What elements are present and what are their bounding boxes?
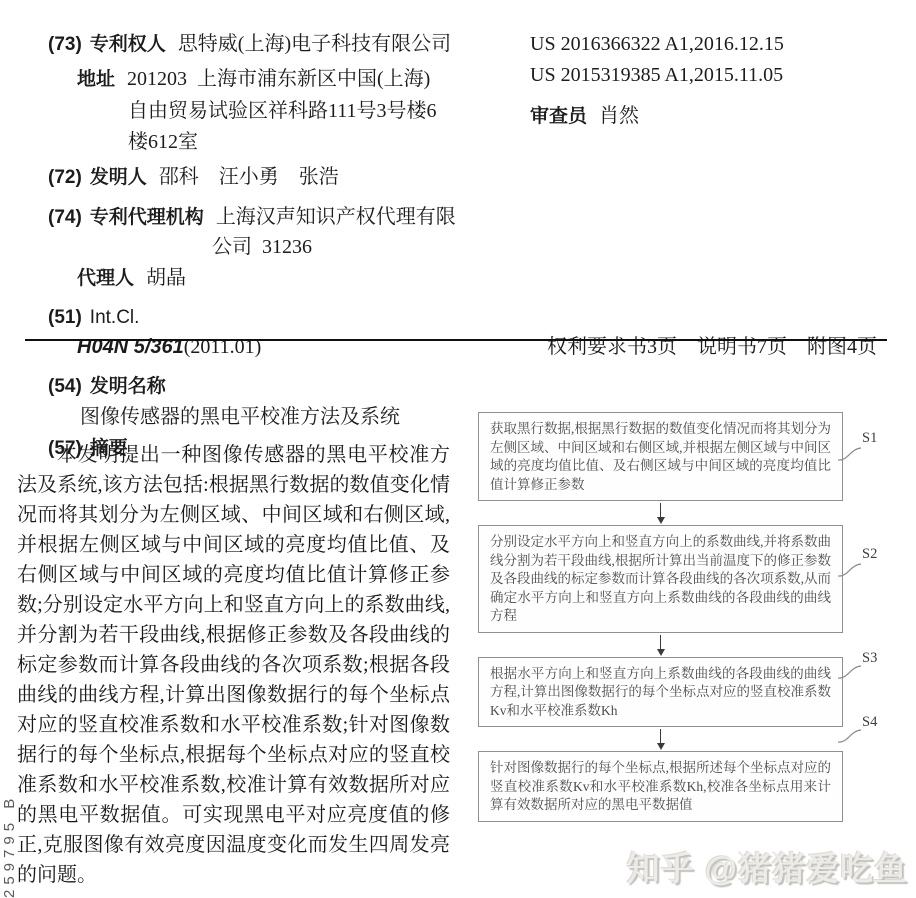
patent-front-page: 259795 B (73)专利权人思特威(上海)电子科技有限公司 地址20120… bbox=[0, 0, 916, 898]
flowchart-figure: 获取黑行数据,根据黑行数据的数值变化情况而将其划分为左侧区域、中间区域和右侧区域… bbox=[478, 412, 890, 822]
patent-number-vertical: 259795 B bbox=[1, 794, 18, 898]
arrow-down-icon bbox=[660, 635, 661, 650]
connector-curve-icon bbox=[838, 728, 862, 744]
agency-value-line-2: 公司 31236 bbox=[192, 211, 312, 283]
step-label-s2: S2 bbox=[862, 546, 877, 563]
horizontal-divider bbox=[25, 339, 887, 341]
step-label-s3: S3 bbox=[862, 650, 877, 667]
page-counts: 权利要求书3页 说明书7页 附图4页 bbox=[528, 312, 877, 382]
abstract-text: 本发明提出一种图像传感器的黑电平校准方法及系统,该方法包括:根据黑行数据的数值变… bbox=[17, 440, 450, 890]
flowchart-step-1-box: 获取黑行数据,根据黑行数据的数值变化情况而将其划分为左侧区域、中间区域和右侧区域… bbox=[478, 412, 843, 501]
step-label-s1: S1 bbox=[862, 430, 877, 447]
connector-curve-icon bbox=[838, 664, 862, 680]
field-label-examiner: 审查员 bbox=[530, 106, 587, 127]
arrow-down-icon bbox=[660, 503, 661, 518]
flowchart-step-4-box: 针对图像数据行的每个坐标点,根据所述每个坐标点对应的竖直校准系数Kv和水平校准系… bbox=[478, 751, 843, 822]
zhihu-watermark: 知乎 @猪猪爱吃鱼 bbox=[627, 843, 908, 890]
step-label-s4: S4 bbox=[862, 714, 877, 731]
field-examiner: 审查员肖然 bbox=[510, 80, 639, 153]
flowchart-step-2-box: 分别设定水平方向上和竖直方向上的系数曲线,并将系数曲线分割为若干段曲线,根据所计… bbox=[478, 525, 843, 633]
flowchart-column: 获取黑行数据,根据黑行数据的数值变化情况而将其划分为左侧区域、中间区域和右侧区域… bbox=[478, 412, 843, 822]
examiner-value: 肖然 bbox=[599, 105, 639, 127]
arrow-down-icon bbox=[660, 729, 661, 744]
agent-value: 胡晶 bbox=[146, 267, 186, 289]
connector-curve-icon bbox=[838, 446, 862, 462]
connector-curve-icon bbox=[838, 562, 862, 578]
field-code-74: (74) bbox=[48, 207, 82, 230]
field-label-agency: 专利代理机构 bbox=[90, 207, 204, 228]
flowchart-step-3-box: 根据水平方向上和竖直方向上系数曲线的各段曲线的曲线方程,计算出图像数据行的每个坐… bbox=[478, 657, 843, 728]
